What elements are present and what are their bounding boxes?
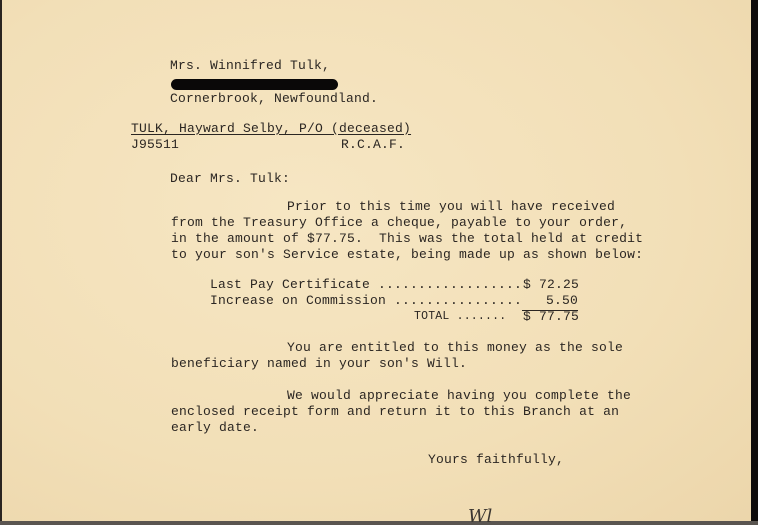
paragraph3-line1: We would appreciate having you complete … [287, 388, 631, 404]
redacted-street-address [171, 79, 338, 90]
scan-right-edge [751, 0, 758, 525]
service-number: J95511 [131, 137, 179, 153]
paragraph3-line2: enclosed receipt form and return it to t… [171, 404, 619, 420]
statement-item-label: Last Pay Certificate .................. [210, 277, 522, 293]
paragraph1-line1: Prior to this time you will have receive… [287, 199, 615, 215]
statement-total-label: TOTAL ....... [414, 309, 506, 325]
statement-item-label: Increase on Commission ................ [210, 293, 522, 309]
closing: Yours faithfully, [428, 452, 564, 468]
paragraph3-line3: early date. [171, 420, 259, 436]
statement-item-amount: 5.50 [546, 293, 578, 309]
addressee-city: Cornerbrook, Newfoundland. [170, 91, 378, 107]
statement-total-amount: $ 77.75 [523, 309, 579, 325]
signature: Wl [468, 506, 492, 525]
paragraph1-line4: to your son's Service estate, being made… [171, 247, 643, 263]
paragraph2-line2: beneficiary named in your son's Will. [171, 356, 467, 372]
reference-subject: TULK, Hayward Selby, P/O (deceased) [131, 121, 411, 137]
addressee-name: Mrs. Winnifred Tulk, [170, 58, 330, 74]
statement-item-amount: $ 72.25 [523, 277, 579, 293]
salutation: Dear Mrs. Tulk: [170, 171, 290, 187]
paragraph1-line2: from the Treasury Office a cheque, payab… [171, 215, 627, 231]
service-unit: R.C.A.F. [341, 137, 405, 153]
paragraph2-line1: You are entitled to this money as the so… [287, 340, 623, 356]
scan-bottom-edge [0, 521, 758, 525]
paragraph1-line3: in the amount of $77.75. This was the to… [171, 231, 643, 247]
